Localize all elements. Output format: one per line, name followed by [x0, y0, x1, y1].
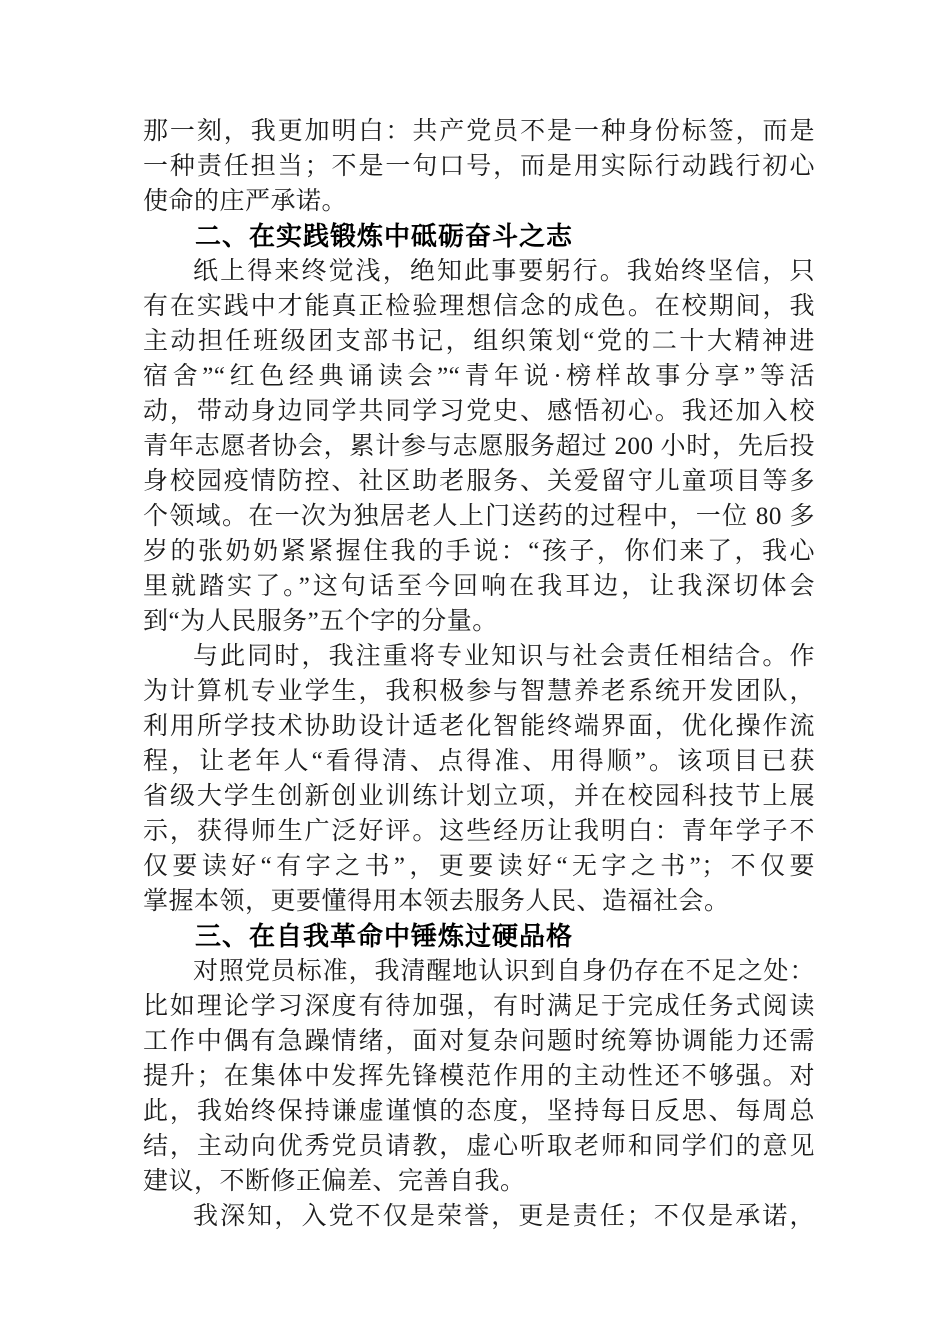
- text-line: 利用所学技术协助设计适老化智能终端界面，优化操作流: [143, 709, 815, 744]
- text-line: 为计算机专业学生，我积极参与智慧养老系统开发团队，: [143, 674, 815, 709]
- text-line: 使命的庄严承诺。: [143, 184, 815, 219]
- text-line: 比如理论学习深度有待加强，有时满足于完成任务式阅读: [143, 989, 815, 1024]
- text-line: 此，我始终保持谦虚谨慎的态度，坚持每日反思、每周总: [143, 1094, 815, 1129]
- text-line: 掌握本领，更要懂得用本领去服务人民、造福社会。: [143, 884, 815, 919]
- text-line: 身校园疫情防控、社区助老服务、关爱留守儿童项目等多: [143, 464, 815, 499]
- text-line: 岁的张奶奶紧紧握住我的手说：“孩子，你们来了，我心: [143, 534, 815, 569]
- text-line: 主动担任班级团支部书记，组织策划“党的二十大精神进: [143, 324, 815, 359]
- text-line: 我深知，入党不仅是荣誉，更是责任；不仅是承诺，: [143, 1199, 815, 1234]
- section-heading: 二、在实践锻炼中砥砺奋斗之志: [143, 219, 815, 254]
- text-line: 省级大学生创新创业训练计划立项，并在校园科技节上展: [143, 779, 815, 814]
- text-line: 动，带动身边同学共同学习党史、感悟初心。我还加入校: [143, 394, 815, 429]
- text-line: 建议，不断修正偏差、完善自我。: [143, 1164, 815, 1199]
- text-line: 青年志愿者协会，累计参与志愿服务超过 200 小时，先后投: [143, 429, 815, 464]
- text-line: 一种责任担当；不是一句口号，而是用实际行动践行初心: [143, 149, 815, 184]
- text-line: 纸上得来终觉浅，绝知此事要躬行。我始终坚信，只: [143, 254, 815, 289]
- text-line: 示，获得师生广泛好评。这些经历让我明白：青年学子不: [143, 814, 815, 849]
- text-line: 程，让老年人“看得清、点得准、用得顺”。该项目已获: [143, 744, 815, 779]
- text-line: 有在实践中才能真正检验理想信念的成色。在校期间，我: [143, 289, 815, 324]
- section-heading: 三、在自我革命中锤炼过硬品格: [143, 919, 815, 954]
- text-line: 到“为人民服务”五个字的分量。: [143, 604, 815, 639]
- text-line: 那一刻，我更加明白：共产党员不是一种身份标签，而是: [143, 114, 815, 149]
- text-line: 提升；在集体中发挥先锋模范作用的主动性还不够强。对: [143, 1059, 815, 1094]
- document-page: 那一刻，我更加明白：共产党员不是一种身份标签，而是一种责任担当；不是一句口号，而…: [0, 0, 950, 1344]
- document-body: 那一刻，我更加明白：共产党员不是一种身份标签，而是一种责任担当；不是一句口号，而…: [143, 114, 815, 1234]
- text-line: 工作中偶有急躁情绪，面对复杂问题时统筹协调能力还需: [143, 1024, 815, 1059]
- text-line: 仅要读好“有字之书”，更要读好“无字之书”；不仅要: [143, 849, 815, 884]
- text-line: 里就踏实了。”这句话至今回响在我耳边，让我深切体会: [143, 569, 815, 604]
- text-line: 个领域。在一次为独居老人上门送药的过程中，一位 80 多: [143, 499, 815, 534]
- text-line: 与此同时，我注重将专业知识与社会责任相结合。作: [143, 639, 815, 674]
- text-line: 结，主动向优秀党员请教，虚心听取老师和同学们的意见: [143, 1129, 815, 1164]
- text-line: 宿舍”“红色经典诵读会”“青年说·榜样故事分享”等活: [143, 359, 815, 394]
- text-line: 对照党员标准，我清醒地认识到自身仍存在不足之处：: [143, 954, 815, 989]
